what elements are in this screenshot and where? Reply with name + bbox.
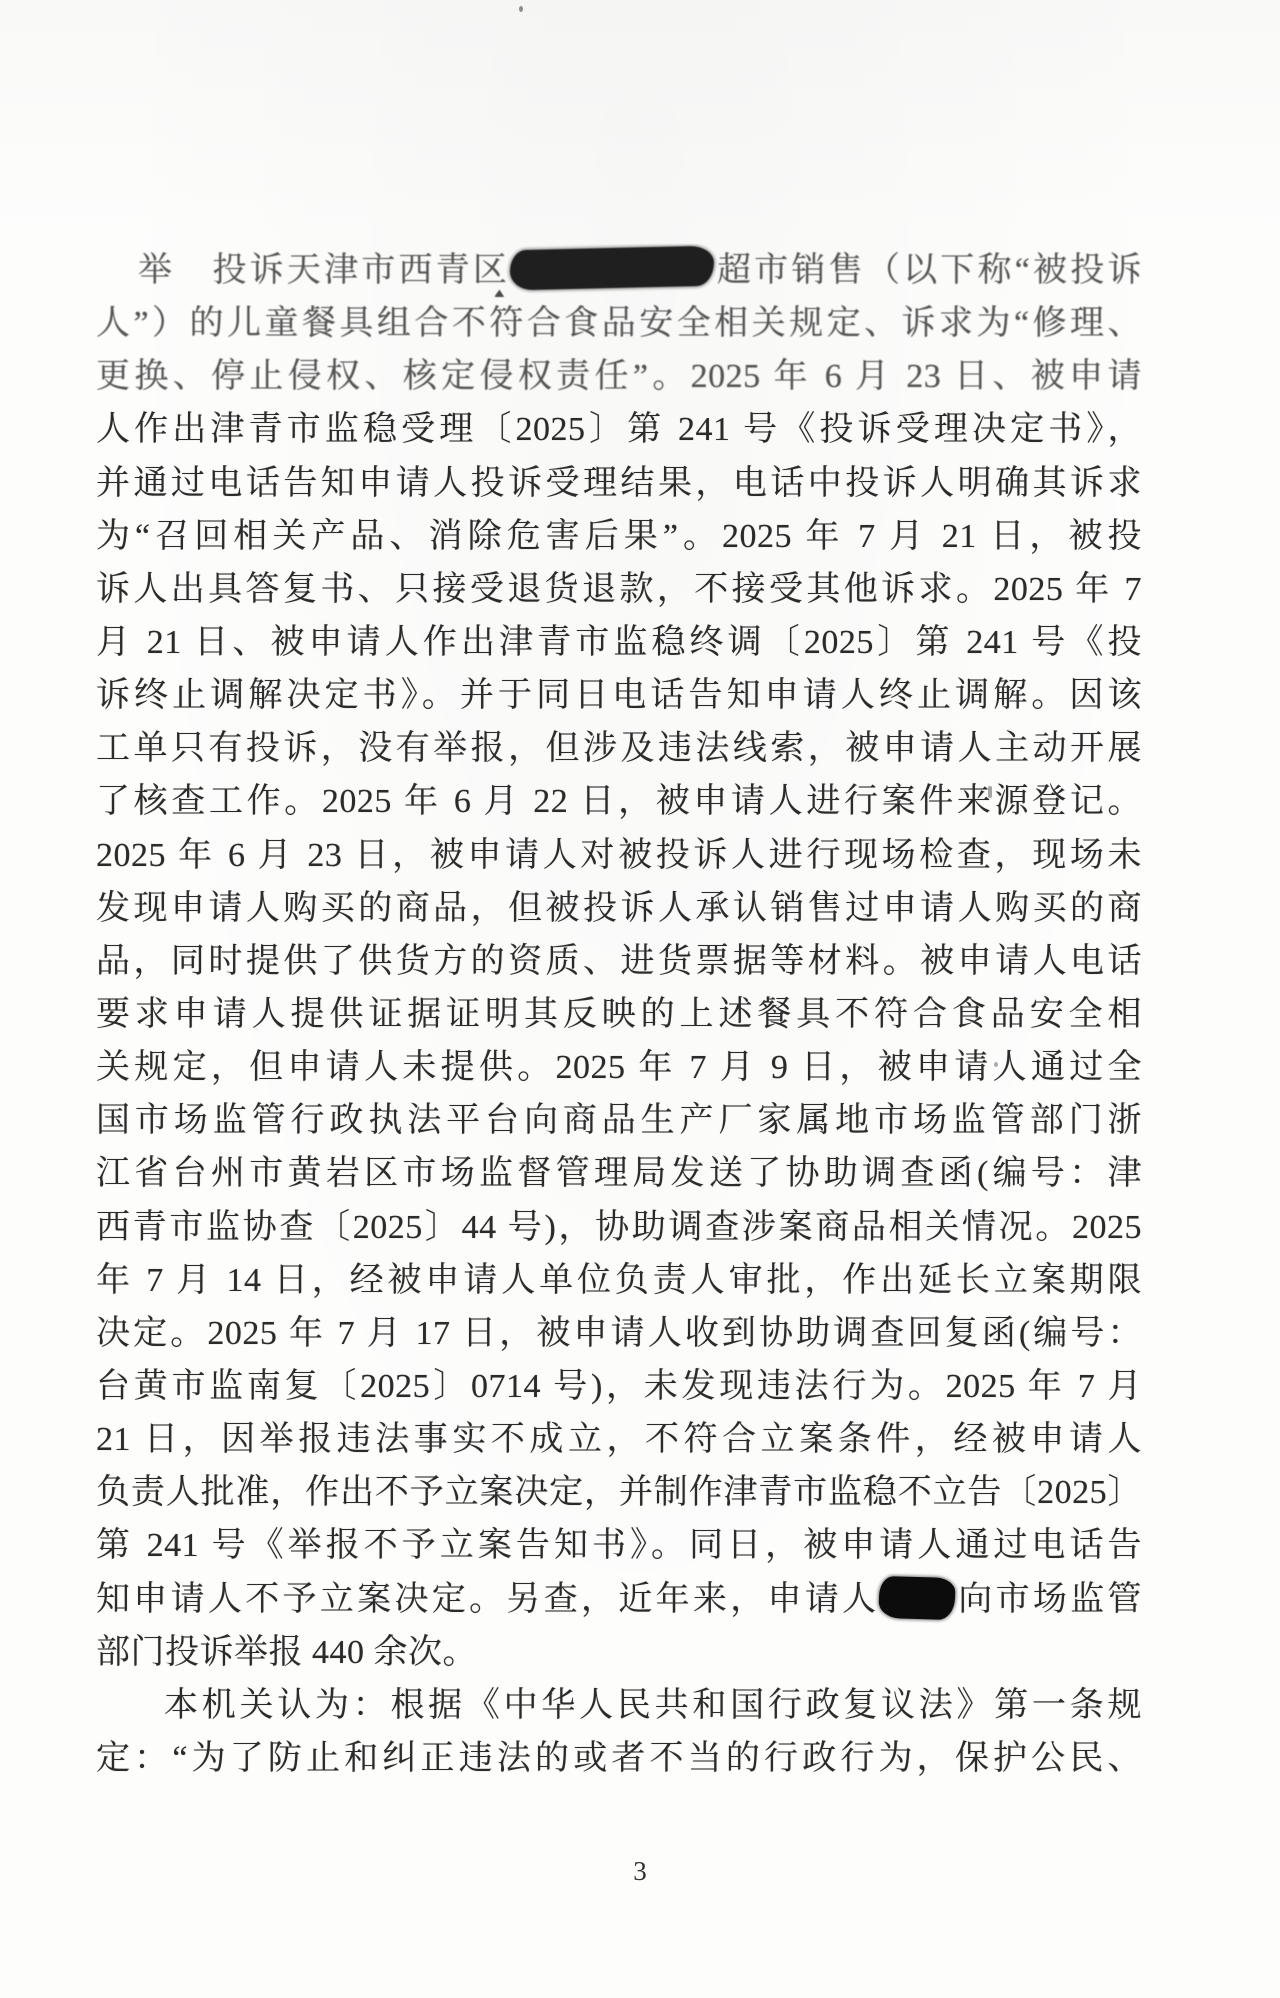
document-line: 台黄市监南复〔2025〕0714 号)，未发现违法行为。2025 年 7 月	[96, 1360, 1142, 1413]
document-line: 21 日，因举报违法事实不成立，不符合立案条件，经被申请人	[96, 1413, 1142, 1466]
document-line: 人”）的儿童餐具组合不符合食品安全相关规定、诉求为“修理、	[96, 297, 1142, 350]
redaction-mark	[879, 1575, 956, 1619]
scanned-document-page: 举 投诉天津市西青区超市销售（以下称“被投诉 人”）的儿童餐具组合不符合食品安全…	[0, 0, 1280, 1998]
document-line: 为“召回相关产品、消除危害后果”。2025 年 7 月 21 日，被投	[96, 510, 1142, 563]
line-text: 向市场监管	[955, 1581, 1142, 1618]
line-text: 知申请人不予立案决定。另查，近年来，申请人	[96, 1581, 879, 1618]
page-number: 3	[0, 1856, 1280, 1887]
document-line: 了核查工作。2025 年 6 月 22 日，被申请人进行案件来源登记。	[96, 775, 1142, 828]
document-line: 人作出津青市监稳受理〔2025〕第 241 号《投诉受理决定书》，	[96, 403, 1142, 456]
document-line: 发现申请人购买的商品，但被投诉人承认销售过申请人购买的商	[96, 882, 1142, 935]
document-line: 定：“为了防止和纠正违法的或者不当的行政行为，保护公民、	[96, 1732, 1142, 1785]
document-line: 年 7 月 14 日，经被申请人单位负责人审批，作出延长立案期限	[96, 1254, 1142, 1307]
document-line: 西青市监协查〔2025〕44 号)，协助调查涉案商品相关情况。2025	[96, 1201, 1142, 1254]
document-line: 品，同时提供了供货方的资质、进货票据等材料。被申请人电话	[96, 935, 1142, 988]
document-line: 诉人出具答复书、只接受退货退款，不接受其他诉求。2025 年 7	[96, 563, 1142, 616]
document-line: 第 241 号《举报不予立案告知书》。同日，被申请人通过电话告	[96, 1519, 1142, 1572]
document-line: 负责人批准，作出不予立案决定，并制作津青市监稳不立告〔2025〕	[96, 1466, 1142, 1519]
document-line: 并通过电话告知申请人投诉受理结果，电话中投诉人明确其诉求	[96, 457, 1142, 510]
redaction-mark	[510, 246, 715, 291]
scan-speck	[519, 6, 523, 12]
document-line: 决定。2025 年 7 月 17 日，被申请人收到协助调查回复函(编号：	[96, 1307, 1142, 1360]
document-line: 2025 年 6 月 23 日，被申请人对被投诉人进行现场检查，现场未	[96, 829, 1142, 882]
line-text: 超市销售（以下称“被投诉	[714, 252, 1142, 289]
document-line: 月 21 日、被申请人作出津青市监稳终调〔2025〕第 241 号《投	[96, 616, 1142, 669]
document-line: 部门投诉举报 440 余次。	[96, 1626, 1142, 1679]
document-line: 诉终止调解决定书》。并于同日电话告知申请人终止调解。因该	[96, 669, 1142, 722]
document-line: 工单只有投诉，没有举报，但涉及违法线索，被申请人主动开展	[96, 722, 1142, 775]
document-line: 更换、停止侵权、核定侵权责任”。2025 年 6 月 23 日、被申请	[96, 350, 1142, 403]
line-text: 举 投诉天津市西青区	[138, 252, 510, 289]
document-line: 江省台州市黄岩区市场监督管理局发送了协助调查函(编号：津	[96, 1147, 1142, 1200]
document-line: 要求申请人提供证据证明其反映的上述餐具不符合食品安全相	[96, 988, 1142, 1041]
document-line: 关规定，但申请人未提供。2025 年 7 月 9 日，被申请人通过全	[96, 1041, 1142, 1094]
document-line: 本机关认为：根据《中华人民共和国行政复议法》第一条规	[96, 1679, 1142, 1732]
document-line: 国市场监管行政执法平台向商品生产厂家属地市场监管部门浙	[96, 1094, 1142, 1147]
document-line: 举 投诉天津市西青区超市销售（以下称“被投诉	[96, 244, 1142, 297]
document-line: 知申请人不予立案决定。另查，近年来，申请人向市场监管	[96, 1573, 1142, 1626]
document-body: 举 投诉天津市西青区超市销售（以下称“被投诉 人”）的儿童餐具组合不符合食品安全…	[96, 244, 1142, 1785]
